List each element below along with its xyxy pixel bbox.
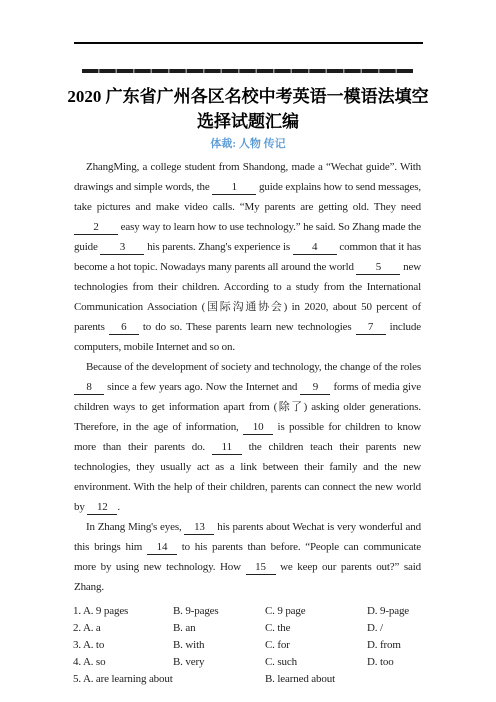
option-choice: C. such — [265, 654, 367, 671]
option-choice: 3. A. to — [73, 637, 173, 654]
blank-3: 3 — [100, 241, 144, 255]
option-choice: 5. A. are learning about — [73, 671, 265, 688]
genre-label: 体裁: 人物 传记 — [0, 137, 496, 152]
option-row-5: 5. A. are learning aboutB. learned about — [73, 671, 473, 688]
option-choice: D. 9-page — [367, 603, 473, 620]
dashed-divider — [82, 69, 413, 73]
blank-13: 13 — [184, 521, 214, 535]
option-choice: B. 9-pages — [173, 603, 265, 620]
option-choice: D. too — [367, 654, 473, 671]
document-page: 2020 广东省广州各区名校中考英语一模语法填空选择试题汇编 体裁: 人物 传记… — [0, 0, 496, 702]
blank-14: 14 — [147, 541, 177, 555]
blank-1: 1 — [212, 181, 256, 195]
options-list: 1. A. 9 pagesB. 9-pagesC. 9 pageD. 9-pag… — [73, 603, 473, 688]
blank-12: 12 — [87, 501, 117, 515]
option-choice: C. 9 page — [265, 603, 367, 620]
option-row-3: 3. A. toB. withC. forD. from — [73, 637, 473, 654]
blank-7: 7 — [356, 321, 386, 335]
blank-11: 11 — [212, 441, 242, 455]
blank-4: 4 — [293, 241, 337, 255]
option-choice: C. for — [265, 637, 367, 654]
passage-paragraph-2: Because of the development of society an… — [74, 357, 421, 517]
option-row-1: 1. A. 9 pagesB. 9-pagesC. 9 pageD. 9-pag… — [73, 603, 473, 620]
passage-paragraph-3: In Zhang Ming's eyes, 13 his parents abo… — [74, 517, 421, 597]
passage-paragraph-1: ZhangMing, a college student from Shando… — [74, 157, 421, 357]
blank-8: 8 — [74, 381, 104, 395]
page-title: 2020 广东省广州各区名校中考英语一模语法填空选择试题汇编 — [62, 84, 434, 134]
passage: ZhangMing, a college student from Shando… — [74, 157, 421, 597]
top-rule — [74, 42, 423, 44]
option-choice: 2. A. a — [73, 620, 173, 637]
option-choice: B. learned about — [265, 671, 473, 688]
blank-5: 5 — [356, 261, 400, 275]
option-row-2: 2. A. aB. anC. theD. / — [73, 620, 473, 637]
blank-6: 6 — [109, 321, 139, 335]
option-choice: B. with — [173, 637, 265, 654]
blank-15: 15 — [246, 561, 276, 575]
option-choice: 4. A. so — [73, 654, 173, 671]
blank-9: 9 — [300, 381, 330, 395]
option-choice: B. very — [173, 654, 265, 671]
option-choice: B. an — [173, 620, 265, 637]
option-choice: D. from — [367, 637, 473, 654]
option-choice: D. / — [367, 620, 473, 637]
option-choice: 1. A. 9 pages — [73, 603, 173, 620]
blank-10: 10 — [243, 421, 273, 435]
option-row-4: 4. A. soB. veryC. suchD. too — [73, 654, 473, 671]
option-choice: C. the — [265, 620, 367, 637]
blank-2: 2 — [74, 221, 118, 235]
